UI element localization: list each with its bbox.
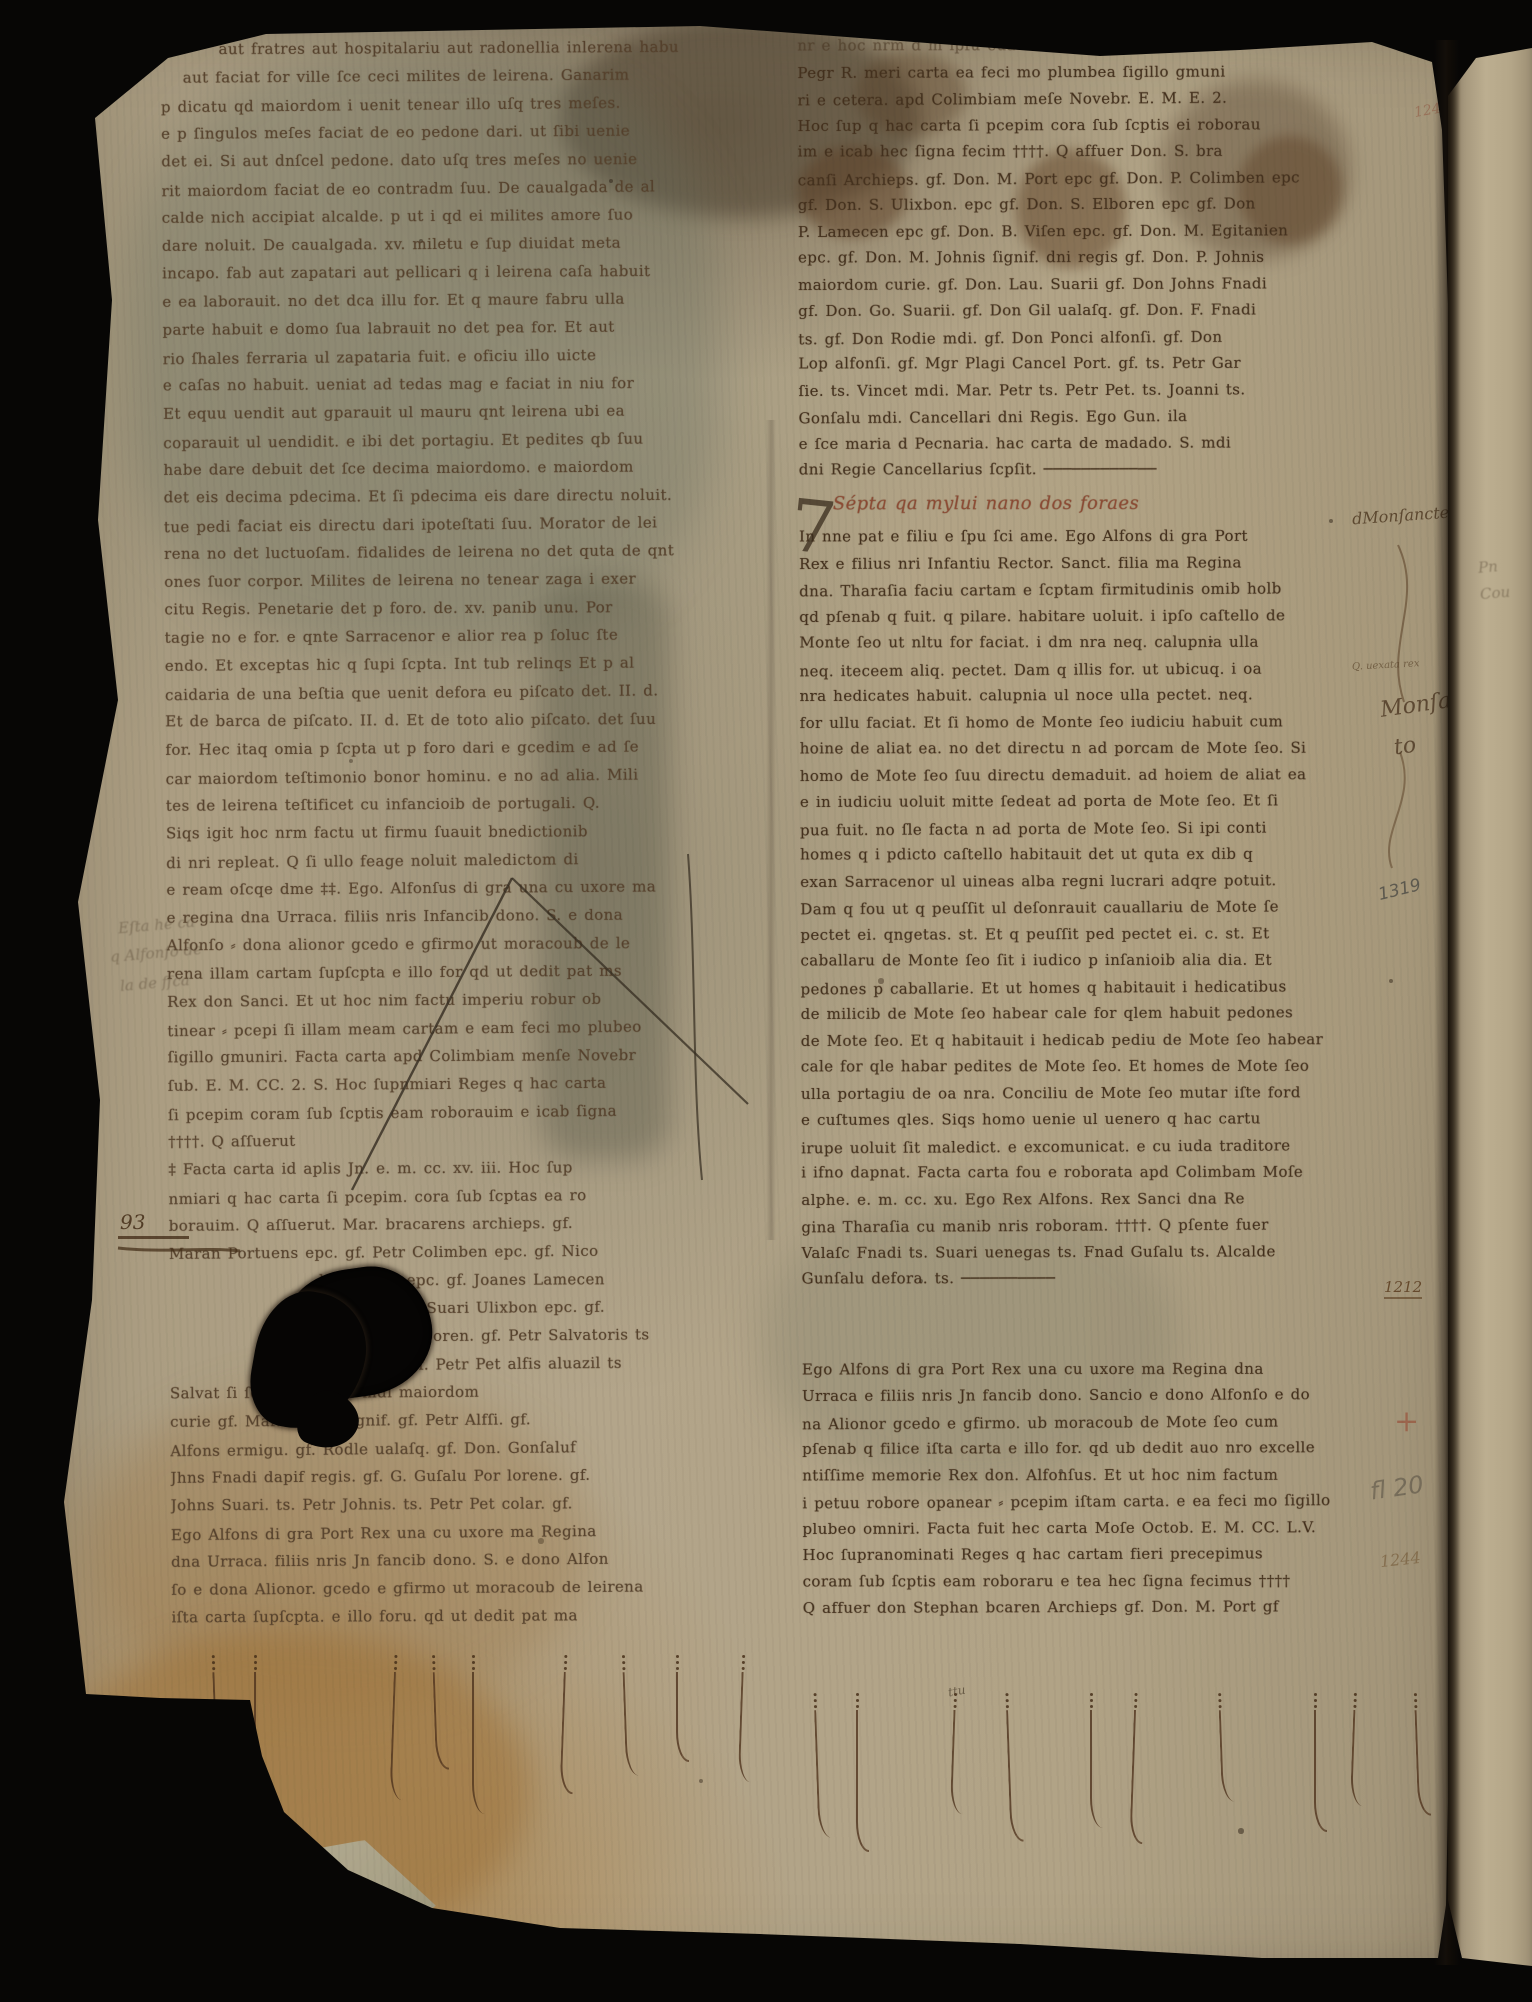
marginal-annotation: 93 <box>118 1210 189 1239</box>
manuscript-line: tue pedi faciat eis directu dari ipoteſt… <box>164 508 708 541</box>
manuscript-line: irupe uoluit ſit maledict. e excomunicat… <box>801 1131 1405 1161</box>
manuscript-line: habe dare debuit det ſce decima maiordom… <box>163 452 707 484</box>
manuscript-line: ſi pcepim coram ſub ſcptis eam roborauim… <box>168 1096 712 1129</box>
brown-blotch <box>856 52 966 136</box>
marginal-annotation: Oco <box>133 1772 159 1790</box>
cancellation-mark <box>352 878 512 1190</box>
manuscript-line: Alfons ermigu. gf. Rodle ualaſq. gf. Don… <box>170 1432 714 1465</box>
manuscript-line: de Mote ſeo. Et q habitauit i hedicab pe… <box>801 1025 1405 1054</box>
marginal-annotation: Eſta he ca <box>117 913 195 938</box>
margin-flourish <box>1389 752 1405 868</box>
signum-flourish <box>556 1652 577 1794</box>
text-block: In nne pat e filiu e ſpu ſci ame. Ego Al… <box>799 522 1406 1293</box>
book-gutter-fold <box>1434 40 1460 1965</box>
manuscript-line: laus Viſen epc. gf. Joanes Lamecen <box>169 1265 713 1296</box>
manuscript-line: ulla portagiu de oa nra. Conciliu de Mot… <box>801 1078 1405 1107</box>
manuscript-line: rena illam cartam ſupſcpta e illo for qd… <box>167 956 711 988</box>
manuscript-line: Valaſc Fnadi ts. Suari uenegas ts. Fnad … <box>801 1237 1405 1266</box>
manuscript-line: aut faciat for ville ſce ceci milites de… <box>161 60 705 92</box>
manuscript-line: rio ſhales ferraria ul zapataria fuit. e… <box>163 340 707 373</box>
signum-flourish <box>250 1652 266 1812</box>
manuscript-line: ones ſuor corpor. Milites de leirena no … <box>164 564 708 596</box>
manuscript-line: pedones p caballarie. Et ut homes q habi… <box>800 972 1404 1002</box>
manuscript-line: dna Urraca. filiis nris Jn fancib dono. … <box>171 1544 715 1576</box>
cancellation-stroke <box>688 854 702 1180</box>
manuscript-line: gf. Don. Go. Suarii. gf. Don Gil ualaſq.… <box>798 296 1402 325</box>
manuscript-line: pſenab q filice iſta carta e illo for. q… <box>802 1434 1406 1463</box>
marginal-annotation: Q. uexata rex <box>1352 658 1420 673</box>
manuscript-line: citu Regis. Penetarie det p foro. de. xv… <box>164 593 708 624</box>
manuscript-line: Rex don Sanci. Et ut hoc nim factu imper… <box>167 984 711 1016</box>
marginal-annotation: Cou <box>1479 583 1511 604</box>
manuscript-line: endo. Et exceptas hic q ſupi ſcpta. Int … <box>165 648 709 680</box>
manuscript-line: e in iudiciu uoluit mitte ſedeat ad port… <box>800 787 1404 816</box>
brown-blotch <box>1016 150 1126 268</box>
manuscript-line: caballaru de Monte ſeo ſit i iudico p in… <box>800 947 1404 974</box>
manuscript-line: dna. Tharaſia faciu cartam e ſcptam firm… <box>799 575 1403 605</box>
signum-flourish <box>852 1690 868 1852</box>
margin-flourish <box>1398 545 1407 702</box>
signum-flourish <box>208 1652 229 1788</box>
manuscript-line: de milicib de Mote ſeo habear cale for q… <box>801 999 1405 1028</box>
signum-flourish <box>1214 1690 1234 1802</box>
manuscript-line: calde nich accipiat alcalde. p ut i qd e… <box>162 200 706 232</box>
damp-stain-center-band <box>540 580 670 1160</box>
marginal-annotation: q Alfonſo de <box>109 940 202 966</box>
manuscript-line: e cuſtumes qles. Siqs homo uenie ul uene… <box>801 1105 1405 1134</box>
manuscript-line: coram ſub ſcptis eam roboraru e tea hec … <box>803 1567 1407 1594</box>
marginal-annotation: 1212 <box>1384 1278 1422 1299</box>
manuscript-line: Gonſalu mdi. Cancellari dni Regis. Ego G… <box>798 402 1402 432</box>
signum-flourish <box>809 1690 830 1838</box>
manuscript-line: i ifno dapnat. Facta carta fou e roborat… <box>801 1159 1405 1186</box>
manuscript-line: Lop alfonſi. gf. Mgr Plagi Cancel Port. … <box>798 350 1402 377</box>
manuscript-line: pua fuit. no ſle facta n ad porta de Mot… <box>800 813 1404 843</box>
manuscript-line: for ullu faciat. Et ſi homo de Monte ſeo… <box>800 707 1404 736</box>
manuscript-line: ntiſſime memorie Rex don. Alfonſus. Et u… <box>802 1461 1406 1488</box>
manuscript-line: incapo. fab aut zapatari aut pellicari q… <box>162 257 706 288</box>
manuscript-line: car maiordom teſtimonio bonor hominu. e … <box>165 760 709 793</box>
stain-bottom-left-warm <box>90 1380 590 1710</box>
stain-top-right <box>1160 80 1350 260</box>
manuscript-page: aut fratres aut hospitalariu aut radonel… <box>0 0 1532 2002</box>
manuscript-line: cale for qle habar pedites de Mote ſeo. … <box>801 1053 1405 1080</box>
signum-flourish <box>1001 1690 1022 1842</box>
marginal-annotation: Pn <box>1477 557 1498 577</box>
manuscript-line: Ego Alfons di gra Port Rex una cu uxore … <box>802 1355 1406 1382</box>
manuscript-line: borauim. Q aſſuerut. Mar. bracarens arch… <box>169 1208 713 1240</box>
manuscript-line: det eis decima pdecima. Et ſi pdecima ei… <box>164 481 708 512</box>
manuscript-line: Hoc ſupranominati Reges q hac cartam fie… <box>802 1540 1406 1569</box>
manuscript-line: maiordom curie. gf. Don. Lau. Suarii gf.… <box>798 269 1402 298</box>
manuscript-line: pectet ei. qngetas. st. Et q peuſſit ped… <box>800 919 1404 948</box>
manuscript-line: canſi Archieps. gf. Don. M. Port epc gf.… <box>798 163 1402 193</box>
ink-stain-top-center <box>560 18 920 218</box>
manuscript-line: epc. gf. Don. M. Johnis ſignif. dni regi… <box>798 244 1402 271</box>
manuscript-line: ri e cetera. apd Colimbiam meſe Novebr. … <box>797 84 1401 114</box>
manuscript-line: e ea laborauit. no det dca illu for. Et … <box>162 284 706 316</box>
text-column-right: nr e hoc nrm d m ipſu eua obſeruerPegr R… <box>797 31 1407 1622</box>
manuscript-line: dare noluit. De caualgada. xv. miletu e … <box>162 228 706 260</box>
manuscript-line: nra hedicates habuit. calupnia ul noce u… <box>799 681 1403 710</box>
manuscript-line: In nne pat e filiu e ſpu ſci ame. Ego Al… <box>799 523 1403 550</box>
parchment-hole <box>291 1383 368 1460</box>
manuscript-line: iſta carta ſupſcpta. e illo foru. qd ut … <box>171 1601 715 1632</box>
manuscript-line: tagie no e for. e qnte Sarracenor e alio… <box>165 620 709 652</box>
manuscript-line: rena no det luctuoſam. fidalides de leir… <box>164 536 708 568</box>
signum-flourish <box>672 1652 688 1762</box>
signum-flourish <box>428 1652 448 1770</box>
manuscript-line: e caſas no habuit. ueniat ad tedas mag e… <box>163 369 707 400</box>
manuscript-line: alphe. e. m. cc. xu. Ego Rex Alfons. Rex… <box>801 1184 1405 1213</box>
manuscript-line: Hoc ſup q hac carta ſi pcepim cora ſub ſ… <box>798 110 1402 139</box>
text-block: nr e hoc nrm d m ipſu eua obſeruerPegr R… <box>797 31 1403 484</box>
brown-blotch <box>1238 136 1342 244</box>
manuscript-line: Salvat ſi ſenabit. ts. G. mdi maiordom <box>170 1377 714 1408</box>
marginal-annotation: 1319 <box>1376 875 1423 905</box>
photograph-background: aut fratres aut hospitalariu aut radonel… <box>0 0 1532 2002</box>
manuscript-line: parte habuit e domo ſua labrauit no det … <box>162 312 706 344</box>
manuscript-line: tes de leirena teſtificet cu infancioib … <box>166 788 710 820</box>
manuscript-line: Monte ſeo ut nltu for faciat. i dm nra n… <box>799 629 1403 656</box>
manuscript-line: plubeo omniri. Facta fuit hec carta Moſe… <box>802 1513 1406 1542</box>
manuscript-line: i petuu robore opanear ⸗ pcepim iſtam ca… <box>802 1487 1406 1517</box>
brown-blotch <box>798 146 908 238</box>
manuscript-line: epc. gf. Suari Ulixbon epc. gf. <box>169 1292 713 1324</box>
manuscript-line: p dicatu qd maiordom i uenit tenear illo… <box>161 88 705 121</box>
manuscript-line: caidaria de una beſtia que uenit defora … <box>165 676 709 709</box>
manuscript-line: Et equu uendit aut gparauit ul mauru qnt… <box>163 396 707 428</box>
text-block: Ego Alfons di gra Port Rex una cu uxore … <box>802 1354 1407 1621</box>
signum-flourish <box>1346 1690 1366 1806</box>
manuscript-line: im e icab hec ſigna fecim ††††. Q affuer… <box>798 138 1402 165</box>
signum-flourish <box>734 1652 755 1782</box>
marginal-annotation: ttu <box>947 1683 967 1700</box>
manuscript-line: gf. Don. S. Ulixbon. epc gf. Don. S. Elb… <box>798 190 1402 219</box>
parchment-hole <box>282 1259 440 1406</box>
stain-bottom-left-ochre <box>50 1630 530 1950</box>
marginal-annotation: 7 <box>786 490 839 564</box>
manuscript-line: gina Tharaſia cu manib nris roboram. †††… <box>801 1211 1405 1241</box>
vertical-crease <box>766 420 776 1240</box>
manuscript-line: Q affuer don Stephan bcaren Archieps gf.… <box>803 1593 1407 1622</box>
manuscript-line: P. Lamecen epc gf. Don. B. Viſen epc. gf… <box>798 216 1402 245</box>
manuscript-line: coparauit ul uendidit. e ibi det portagi… <box>163 424 707 457</box>
manuscript-line: nr e hoc nrm d m ipſu eua obſeruer <box>797 32 1401 59</box>
marginal-annotation: 1244 <box>1379 1548 1421 1571</box>
signum-flourish <box>385 1652 406 1800</box>
signum-flourish <box>1125 1690 1146 1844</box>
marginal-annotation: fl 20 <box>1368 1470 1425 1505</box>
manuscript-line: e regina dna Urraca. filiis nris Infanci… <box>166 900 710 932</box>
manuscript-line: ts. gf. Don Rodie mdi. gf. Don Ponci alf… <box>798 322 1402 352</box>
manuscript-line: Et de barca de piſcato. II. d. Et de tot… <box>165 705 709 736</box>
manuscript-line: Jhns Fnadi dapif regis. gf. G. Guſalu Po… <box>170 1460 714 1492</box>
underline-93 <box>118 1248 240 1251</box>
marginal-annotation: to <box>1392 733 1417 761</box>
manuscript-line: e ream oſcqe dme ‡‡. Ego. Alfonſus di gr… <box>166 872 710 904</box>
manuscript-line: Urraca e filiis nris Jn fancib dono. San… <box>802 1381 1406 1410</box>
text-column-left: aut fratres aut hospitalariu aut radonel… <box>160 32 715 1632</box>
manuscript-line: homes q i pdicto caſtello habitauit det … <box>800 841 1404 868</box>
manuscript-line: Plagi Elboren. gf. Petr Salvatoris ts <box>169 1320 713 1352</box>
manuscript-line: Maran Portuens epc. gf. Petr Colimben ep… <box>169 1236 713 1268</box>
pen-marks-overlay <box>0 0 1532 2002</box>
manuscript-line: aut fratres aut hospitalariu aut radonel… <box>160 33 704 64</box>
manuscript-line: na Alionor gcedo e gfirmo. ub moracoub d… <box>802 1407 1406 1437</box>
manuscript-line: neq. iteceem aliq. pectet. Dam q illis f… <box>799 654 1403 684</box>
manuscript-line: tinear ⸗ pcepi ſi illam meam cartam e ea… <box>167 1012 711 1045</box>
rubric-heading: Sépta qa mylui nano dos foraes <box>799 481 1403 524</box>
manuscript-line: Alfonſo ⸗ dona alionor gcedo e gfirmo ut… <box>167 929 711 960</box>
stain-bottom-right <box>760 1190 1180 1490</box>
manuscript-line: ſigillo gmuniri. Facta carta apd Colimbi… <box>167 1041 711 1072</box>
signum-flourish <box>468 1652 484 1814</box>
damp-stain-left-column <box>130 50 720 650</box>
manuscript-line: hoine de aliat ea. no det directu n ad p… <box>800 735 1404 762</box>
manuscript-line: e ſce maria d Pecnaria. hac carta de mad… <box>799 428 1403 457</box>
manuscript-line: for. Hec itaq omia p ſcpta ut p foro dar… <box>165 732 709 764</box>
manuscript-line: rit maiordom faciat de eo contradm ſuu. … <box>161 172 705 205</box>
manuscript-line: curie gf. Mar. ualaſq ſignif. gf. Petr A… <box>170 1404 714 1436</box>
manuscript-line: Dam q fou ut q peuſſit ul deſonrauit cau… <box>800 893 1404 923</box>
manuscript-line: Petr auriu gf. Petr Pet alfis aluazil ts <box>170 1348 714 1381</box>
parchment-hole <box>243 1283 375 1438</box>
manuscript-line: Sépta qa mylui nano dos foraes <box>833 490 1403 517</box>
signum-flourish <box>946 1690 966 1814</box>
signum-flourish <box>1310 1690 1326 1832</box>
manuscript-line: Ego Alfons di gra Port Rex una cu uxore … <box>171 1516 715 1549</box>
marginal-annotation: + <box>1394 1404 1419 1439</box>
manuscript-line: ſo e dona Alionor. gcedo e gfirmo ut mor… <box>171 1572 715 1604</box>
manuscript-line: Pegr R. meri carta ea feci mo plumbea ſi… <box>797 57 1401 86</box>
signum-flourish <box>1410 1690 1430 1816</box>
manuscript-line: nmiari q hac carta ſi pcepim. cora ſub ſ… <box>168 1180 712 1213</box>
dirt-speckles <box>0 0 2 2</box>
manuscript-line: ſie. ts. Vincet mdi. Mar. Petr ts. Petr … <box>798 375 1402 404</box>
manuscript-line: ſub. E. M. CC. 2. S. Hoc ſupnmiari Reges… <box>168 1068 712 1100</box>
manuscript-line: di nri repleat. Q ſi ullo feage noluit m… <box>166 844 710 877</box>
manuscript-line: Johns Suari. ts. Petr Johnis. ts. Petr P… <box>171 1489 715 1520</box>
manuscript-line: det ei. Si aut dnſcel pedone. dato uſq t… <box>161 145 705 176</box>
signum-flourish <box>1086 1690 1102 1828</box>
manuscript-line: ††††. Q aſſuerut <box>168 1124 712 1156</box>
cancellation-mark <box>512 878 748 1104</box>
repair-patch <box>266 1840 436 1934</box>
manuscript-line: exan Sarracenor ul uineas alba regni luc… <box>800 866 1404 895</box>
manuscript-line: homo de Mote ſeo ſuu directu demaduit. a… <box>800 760 1404 789</box>
manuscript-line: Siqs igit hoc nrm factu ut firmu ſuauit … <box>166 817 710 848</box>
manuscript-line: qd pſenab q fuit. q pilare. habitare uol… <box>799 601 1403 630</box>
manuscript-line: dni Regie Cancellarius ſcpſit. ─────────… <box>799 456 1403 483</box>
manuscript-line: ‡ Facta carta id aplis Jn. e. m. cc. xv.… <box>168 1153 712 1184</box>
manuscript-line: Rex e filius nri Infantiu Rector. Sanct.… <box>799 548 1403 577</box>
manuscript-line: Gunſalu defora. ts. ────────── <box>802 1265 1406 1292</box>
signum-flourish <box>618 1652 638 1776</box>
manuscript-line: e p ſingulos meſes faciat de eo pedone d… <box>161 116 705 148</box>
facing-page-edge <box>1448 0 1532 2002</box>
marginal-annotation: la de ffca <box>119 971 190 995</box>
